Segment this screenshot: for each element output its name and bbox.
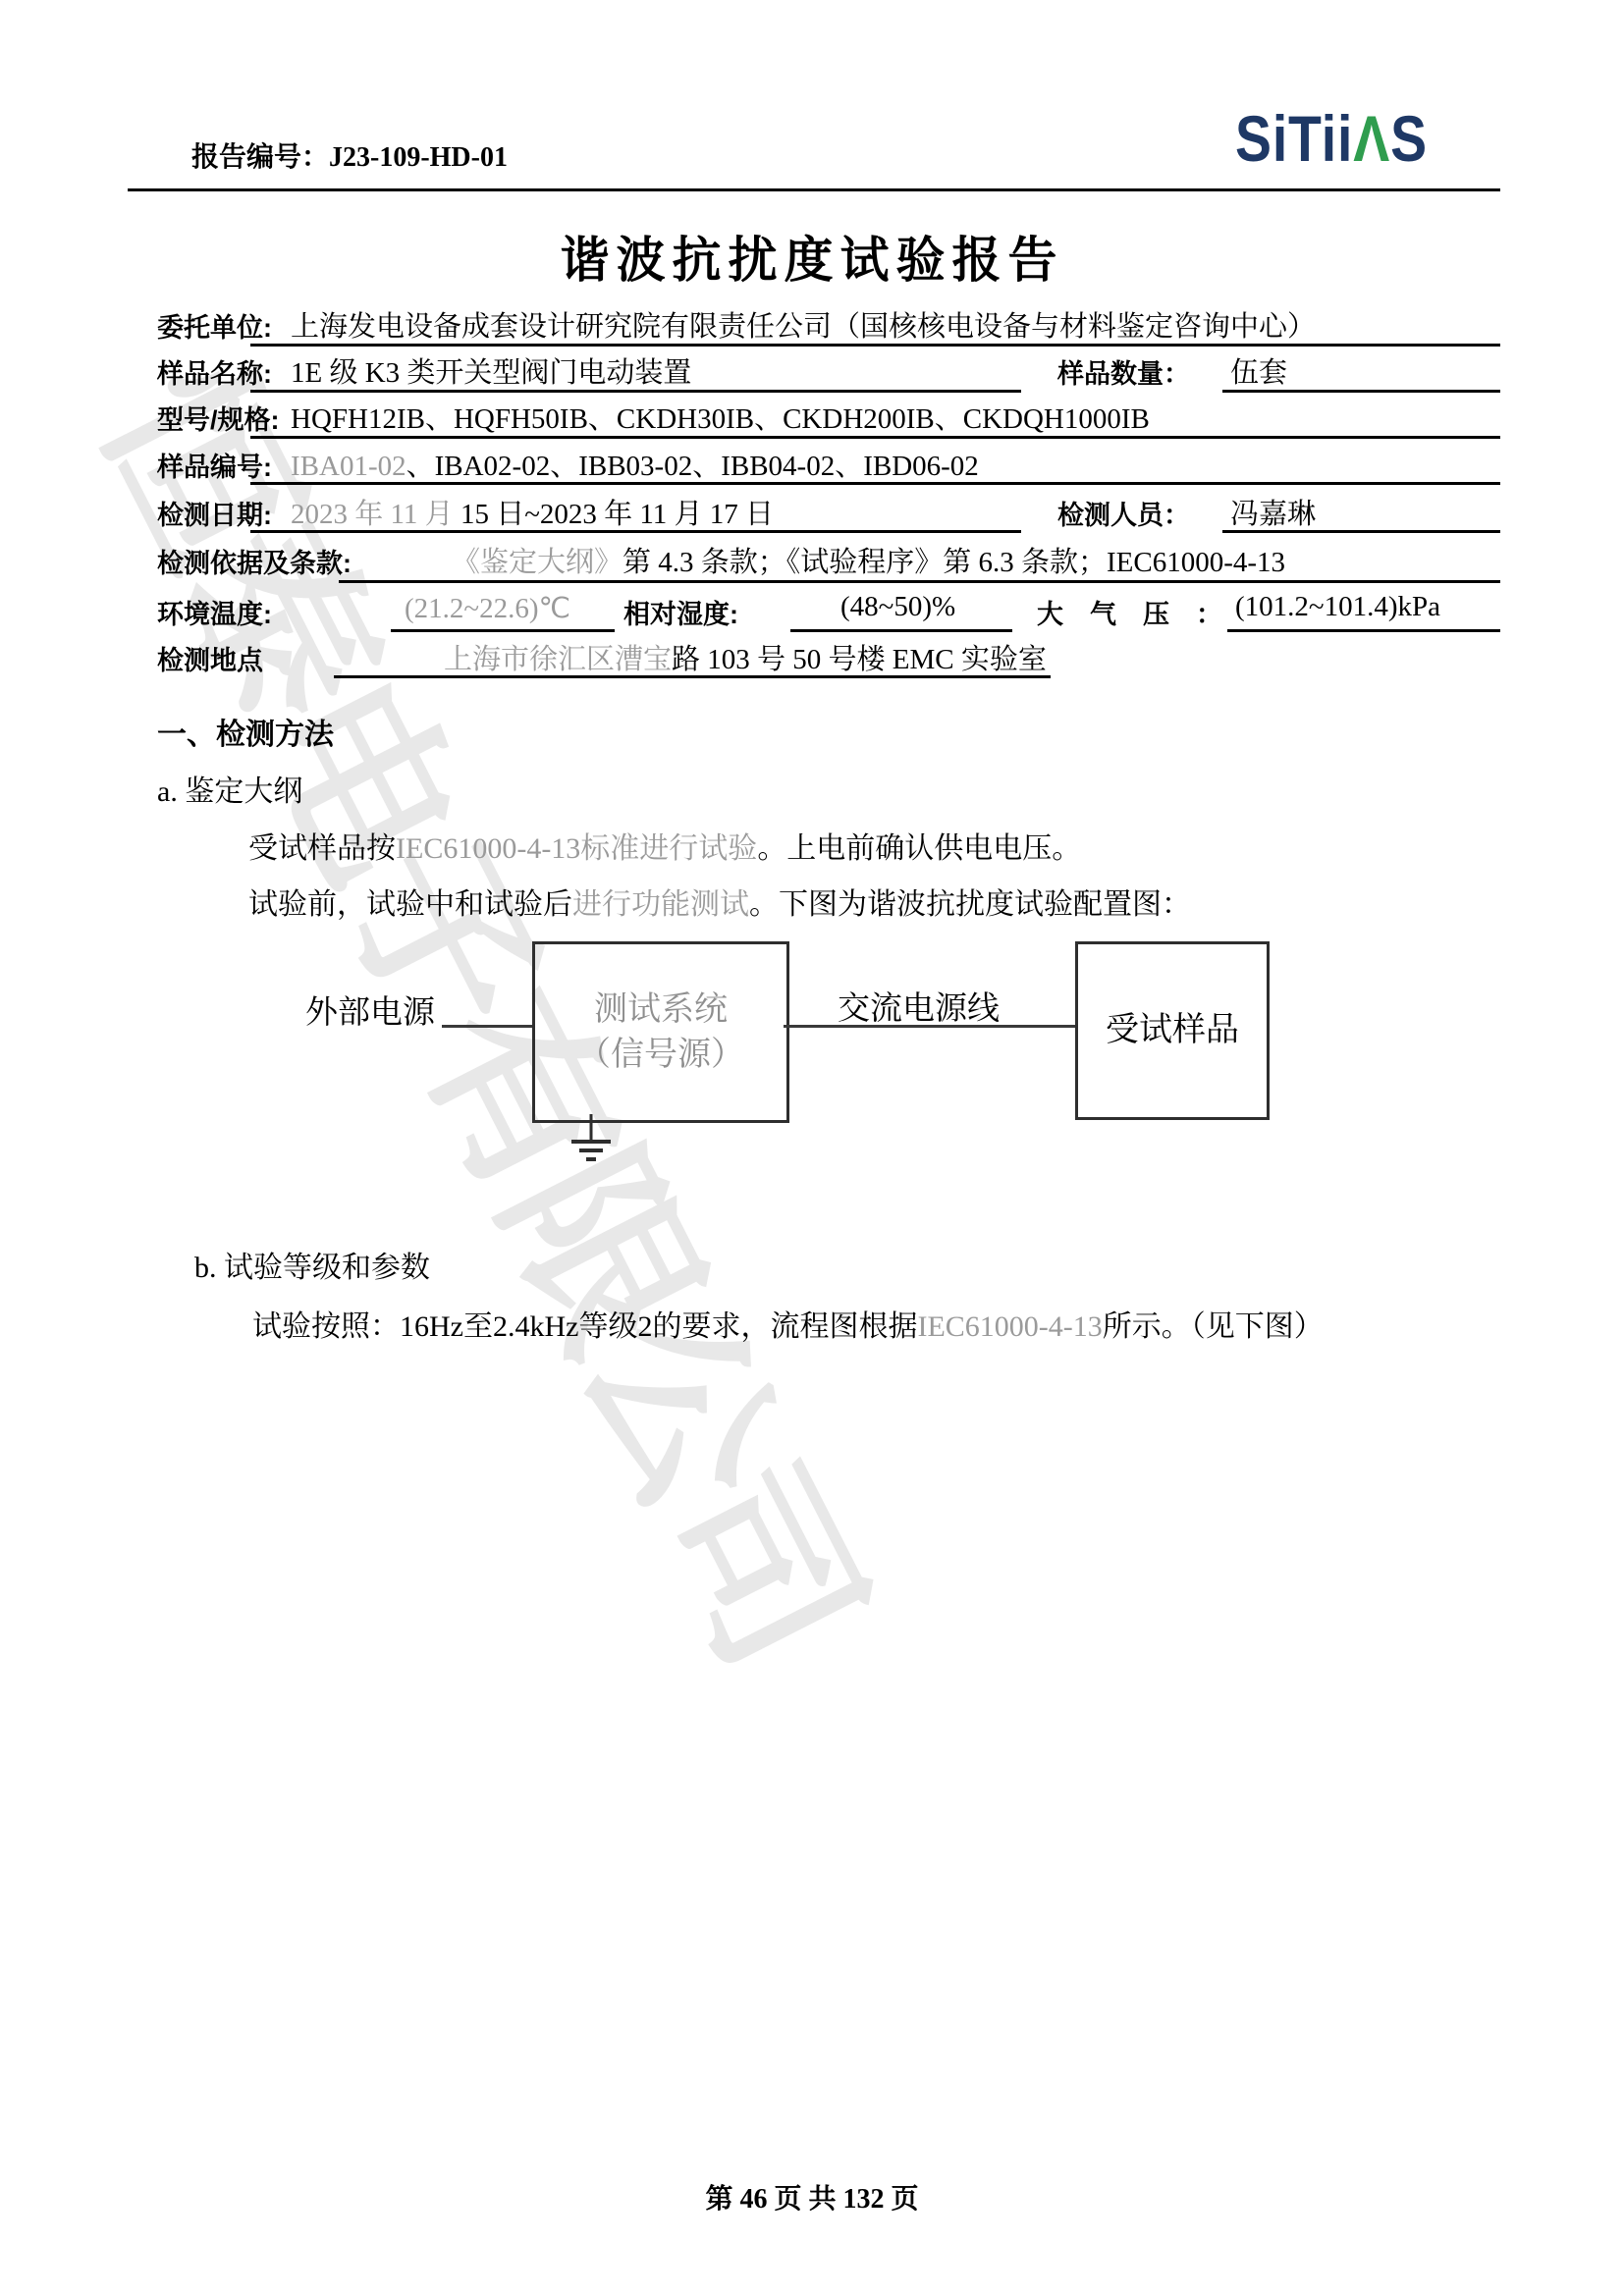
logo-text-left: SiTii [1235,102,1353,175]
diagram-label-ac-line: 交流电源线 [838,983,1000,1029]
row-label-pressure: 大 气 压 ： [1037,593,1222,631]
underline [339,580,1500,583]
row-label-test-date: 检测日期: [157,494,272,532]
text-part-faded: 进行功能测试 [572,888,749,921]
logo-text-right: S [1390,102,1428,175]
value-part-faded: 2023 年 11 月 [291,499,460,530]
value-part: 15 日~2023 年 11 月 17 日 [460,499,774,530]
wire-left [442,1025,532,1028]
text-part-faded: IEC61000-4-13标准进行试验 [396,832,757,865]
underline [250,344,1500,347]
value-part-faded: IBA01-02 [291,451,406,482]
row-value-client: 上海发电设备成套设计研究院有限责任公司（国核核电设备与材料鉴定咨询中心） [291,304,1316,345]
row-value-test-location: 上海市徐汇区漕宝路 103 号 50 号楼 EMC 实验室 [444,637,1047,677]
eut-box: 受试样品 [1075,941,1270,1120]
value-part-faded: 上海市徐汇区漕宝 [444,644,672,675]
row-label-sample-name: 样品名称: [157,352,272,391]
underline [250,530,1021,533]
row-value-sample-name: 1E 级 K3 类开关型阀门电动装置 [291,350,691,391]
row-label-client: 委托单位: [157,306,272,345]
page-content: 报告编号：J23-109-HD-01 SiTiiΛS 谐波抗扰度试验报告 委托单… [0,0,1624,2296]
row-value-pressure: (101.2~101.4)kPa [1235,591,1440,623]
text-part: 试验按照：16Hz至2.4kHz等级2的要求，流程图根据 [252,1310,917,1343]
underline [250,482,1500,485]
signal-source-box-text: 测试系统（信号源） [577,988,744,1078]
logo-letter-a: Λ [1353,102,1390,175]
text-part: 受试样品按 [248,832,396,865]
text-part: 。下图为谐波抗扰度试验配置图： [749,888,1191,921]
row-label-test-location: 检测地点 [157,639,263,677]
text-part: 。上电前确认供电电压。 [757,832,1081,865]
row-label-tester: 检测人员： [1057,494,1190,532]
box-text-line1: 测试系统 [577,988,744,1033]
value-part: 、IBA02-02、IBB03-02、IBB04-02、IBD06-02 [406,451,979,482]
header-divider [128,188,1500,191]
underline [250,390,1021,393]
row-label-humidity: 相对湿度: [623,593,738,631]
row-label-sample-qty: 样品数量： [1057,352,1190,391]
underline [790,629,1012,632]
ground-icon [564,1114,619,1167]
row-value-sample-no: IBA01-02、IBA02-02、IBB03-02、IBB04-02、IBD0… [291,444,979,484]
row-label-ambient-temp: 环境温度: [157,593,272,631]
row-value-sample-qty: 伍套 [1230,350,1287,391]
paragraph-1: 受试样品按IEC61000-4-13标准进行试验。上电前确认供电电压。 [248,824,1081,867]
subsection-b-heading: b. 试验等级和参数 [194,1243,430,1286]
row-value-ambient-temp: (21.2~22.6)℃ [405,591,570,625]
paragraph-2: 试验前，试验中和试验后进行功能测试。下图为谐波抗扰度试验配置图： [248,880,1191,923]
report-number: 报告编号：J23-109-HD-01 [191,135,508,175]
document-title: 谐波抗扰度试验报告 [0,221,1624,292]
text-part-faded: IEC61000-4-13 [917,1310,1102,1343]
value-part: 路 103 号 50 号楼 EMC 实验室 [672,644,1047,675]
underline [334,675,1051,678]
row-value-model: HQFH12IB、HQFH50IB、CKDH30IB、CKDH200IB、CKD… [291,397,1150,437]
signal-source-box: 测试系统（信号源） [532,941,789,1123]
row-value-test-basis: 《鉴定大纲》第 4.3 条款；《试验程序》第 6.3 条款；IEC61000-4… [452,540,1285,580]
value-part: 第 4.3 条款；《试验程序》第 6.3 条款；IEC61000-4-13 [623,547,1285,578]
company-logo: SiTiiΛS [1235,106,1428,171]
underline [1227,629,1500,632]
row-value-tester: 冯嘉琳 [1230,492,1316,532]
page-footer: 第 46 页 共 132 页 [0,2177,1624,2216]
box-text-line2: （信号源） [577,1033,744,1078]
row-label-model: 型号/规格: [157,399,280,437]
diagram-label-external-power: 外部电源 [305,987,435,1033]
underline [1222,530,1500,533]
eut-box-text: 受试样品 [1106,1008,1239,1053]
underline [250,436,1500,439]
underline [391,629,615,632]
wire-middle [784,1025,1075,1028]
report-page: 恒泰电子有限公司 报告编号：J23-109-HD-01 SiTiiΛS 谐波抗扰… [0,0,1624,2296]
text-part: 所示。（见下图） [1103,1310,1324,1343]
row-value-test-date: 2023 年 11 月 15 日~2023 年 11 月 17 日 [291,492,774,532]
subsection-a-heading: a. 鉴定大纲 [157,767,302,810]
underline [1222,390,1500,393]
row-label-test-basis: 检测依据及条款: [157,542,352,580]
row-value-humidity: (48~50)% [840,591,955,623]
paragraph-3: 试验按照：16Hz至2.4kHz等级2的要求，流程图根据IEC61000-4-1… [252,1302,1324,1345]
row-label-sample-no: 样品编号: [157,446,272,484]
section-heading-method: 一、检测方法 [157,710,334,753]
value-part-faded: 《鉴定大纲》 [452,547,623,578]
text-part: 试验前，试验中和试验后 [248,888,572,921]
